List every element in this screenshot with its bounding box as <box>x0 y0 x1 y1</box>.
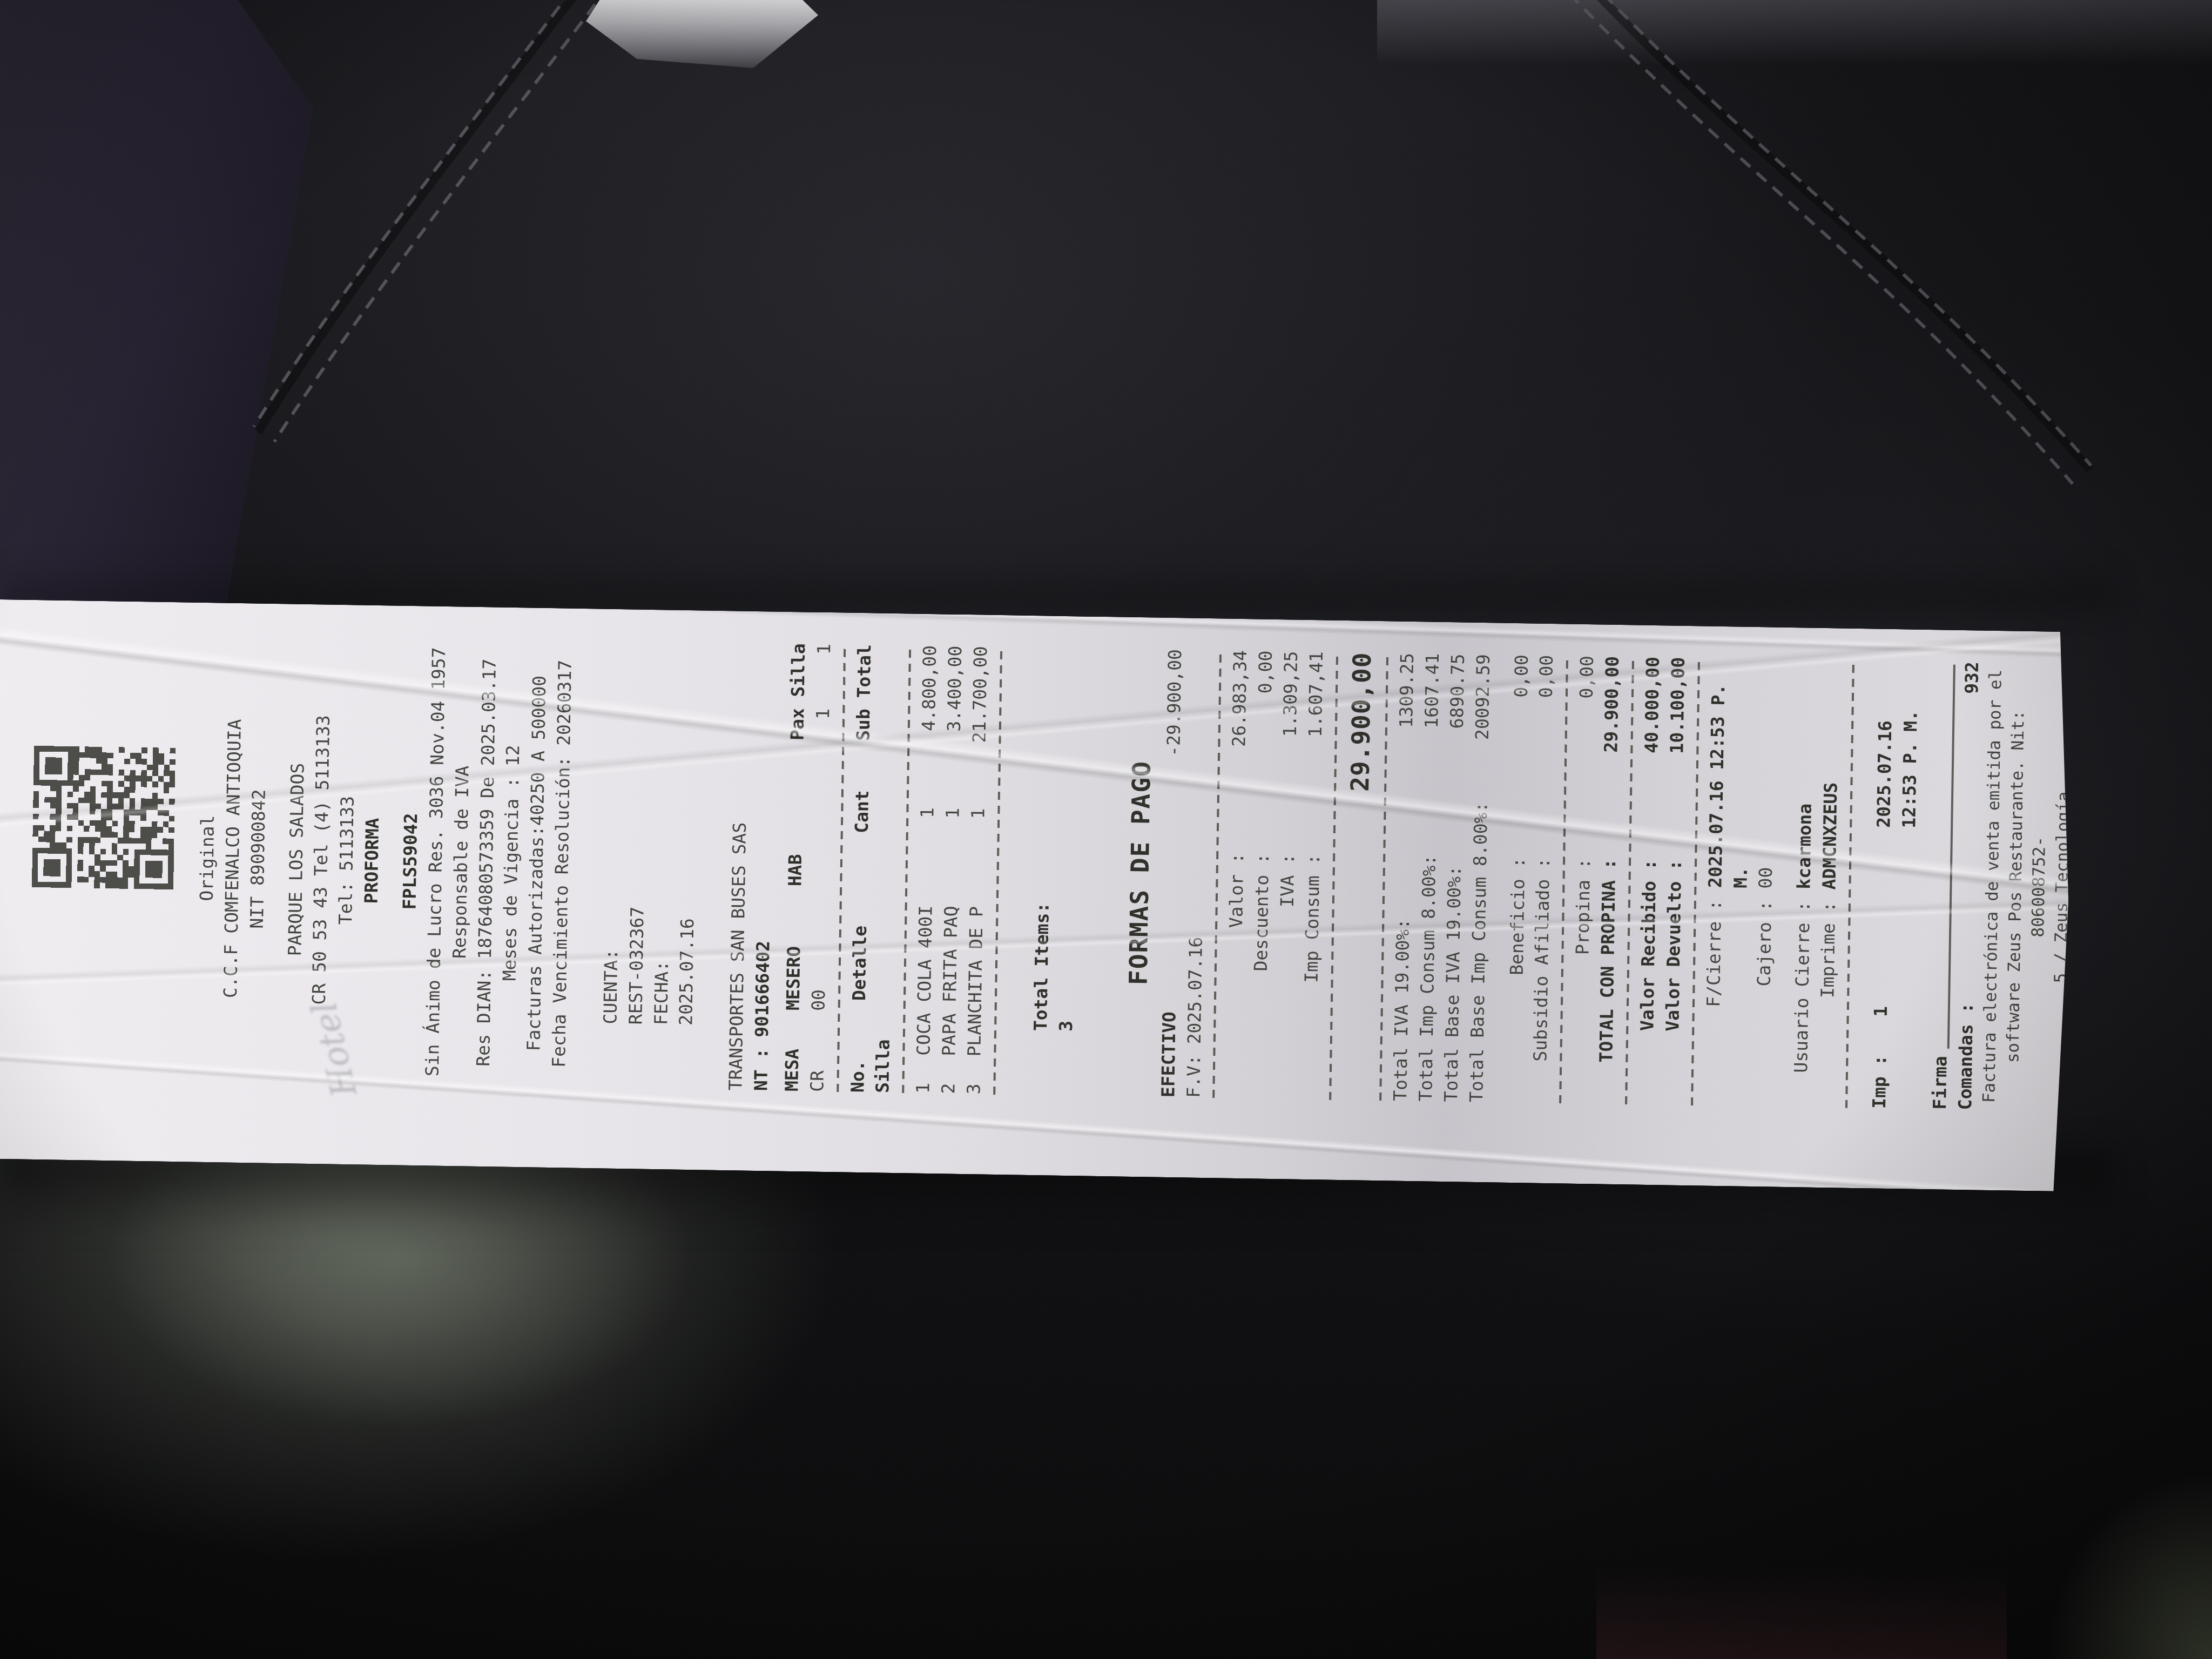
closing-row: F/Cierre : 2025.07.16 12:53 P. M. <box>1700 658 1757 1107</box>
date-label: FECHA: <box>650 961 672 1026</box>
divider <box>993 646 1002 1095</box>
valor-devuelto-value: 10.100,00 <box>1663 657 1691 854</box>
summary-label: Descuento : <box>1246 848 1276 1099</box>
print-line: Imp : 1 2025.07.16 12:53 P. M. <box>1867 660 1925 1109</box>
imp-label: Imp : <box>1867 1016 1919 1109</box>
imp-datetime: 2025.07.16 12:53 P. M. <box>1870 660 1925 947</box>
silla-value: 1 <box>811 644 837 709</box>
total-items-value: 3 <box>1055 1021 1076 1031</box>
tax-value: 20092.59 <box>1469 654 1496 740</box>
summary-value: 0,00 <box>1251 650 1279 848</box>
detalle-header: Detalle <box>847 839 900 1001</box>
imp-value: 1 <box>1869 946 1920 1017</box>
item-no: 2 <box>936 1056 962 1094</box>
mesa-value: CR <box>805 1010 831 1092</box>
total-items-line: Total Items: 3 <box>1002 646 1110 1096</box>
fcierre-label: F/Cierre : <box>1700 900 1754 1107</box>
tax-value: 6890.75 <box>1445 653 1471 729</box>
divider <box>1625 656 1634 1104</box>
account-line: CUENTA: REST-032367 FECHA: 2025.07.16 <box>571 640 730 1090</box>
item-no: 1 <box>911 1056 937 1094</box>
item-cant: 1 <box>915 786 941 840</box>
item-detalle: PLANCHITA DE P <box>962 840 990 1057</box>
hab-header: HAB <box>783 800 809 887</box>
item-subtotal: 21.700,00 <box>966 646 994 787</box>
summary-value: 26.983,34 <box>1225 650 1254 848</box>
account-value: REST-032367 <box>625 906 648 1024</box>
usuario-cierre-value: kcarmona <box>1792 659 1821 889</box>
corner-object-maroon <box>1596 1567 2007 1659</box>
usuario-cierre-label: Usuario Cierre : <box>1788 901 1817 1107</box>
tax-value: 1607.41 <box>1419 653 1446 729</box>
hab-value <box>808 800 834 887</box>
no-silla-header: No. Silla <box>845 1001 897 1093</box>
divider <box>1329 652 1338 1100</box>
divider <box>1213 650 1222 1098</box>
summary-label: IVA : <box>1272 848 1301 1099</box>
valor-recibido-value: 40.000,00 <box>1637 657 1666 854</box>
tax-label: Total Base IVA 19.00%: <box>1439 866 1468 1102</box>
item-detalle: PAPA FRITA PAQ <box>937 840 966 1056</box>
imprime-label: Imprime : <box>1813 901 1842 1108</box>
benefit-value: 0,00 <box>1532 655 1560 853</box>
summary-label: Imp Consum : <box>1297 848 1326 1100</box>
divider <box>1379 652 1388 1101</box>
fcierre-value: 2025.07.16 12:53 P. M. <box>1703 658 1757 889</box>
item-subtotal: 3.400,00 <box>941 645 968 786</box>
item-cant: 1 <box>940 786 966 840</box>
comandas-value: 932 <box>1959 662 1985 694</box>
payment-amount: -29.900,00 <box>1161 649 1188 757</box>
date-value: 2025.07.16 <box>676 918 698 1026</box>
footer-line: software Zeus Pos Restaurante. Nit: 8060… <box>2001 662 2054 1111</box>
item-subtotal: 4.800,00 <box>916 645 943 786</box>
mesero-value: 00 <box>806 886 833 1011</box>
summary-value: 1.607,41 <box>1301 651 1330 849</box>
cant-header: Cant <box>849 785 900 839</box>
item-cant: 1 <box>966 786 992 841</box>
valor-devuelto-label: Valor Devuelto : <box>1659 854 1688 1105</box>
firma-label: Firma <box>1927 1056 1953 1110</box>
total-con-propina-label: TOTAL CON PROPINA : <box>1593 853 1622 1104</box>
divider <box>902 645 912 1093</box>
divider <box>1845 660 1854 1108</box>
divider <box>837 644 846 1092</box>
grand-total: 29.900,00 <box>1338 652 1380 1101</box>
items-header-row: No. Silla Detalle Cant Sub Total <box>845 644 903 1093</box>
payment-title: FORMAS DE PAGO <box>1120 649 1162 1097</box>
tax-label: Total IVA 19.00%: <box>1388 919 1416 1101</box>
pax-header: Pax <box>784 708 811 800</box>
cajero-value: 00 <box>1754 658 1783 889</box>
benefit-label: Beneficio : <box>1502 852 1532 1103</box>
qr-code <box>21 734 187 901</box>
mesero-header: MESERO <box>781 886 808 1011</box>
benefit-label: Subsidio Afiliado : <box>1528 852 1557 1103</box>
total-con-propina-value: 29.900,00 <box>1597 656 1626 853</box>
tax-label: Total Imp Consum 8.00%: <box>1413 854 1442 1102</box>
tip-value: 0,00 <box>1572 656 1601 853</box>
divider <box>1559 656 1568 1104</box>
photo-of-receipt-on-car-seat: { "colors":{"paper":"#eae7ec","ink":"#3f… <box>0 0 2212 1659</box>
comandas-label: Comandas : <box>1953 1002 1980 1110</box>
divider <box>1691 657 1700 1105</box>
imprime-value: ADMCNXZEUS <box>1817 659 1846 890</box>
pax-value: 1 <box>809 709 836 801</box>
item-no: 3 <box>961 1056 987 1095</box>
silla-header: Silla <box>785 643 812 709</box>
account-label: CUENTA: <box>599 949 622 1024</box>
payment-method: EFECTIVO <box>1156 1011 1182 1098</box>
item-detalle: COCA COLA 400I <box>912 840 940 1056</box>
valor-recibido-label: Valor Recibido : <box>1634 854 1663 1105</box>
summary-value: 1.309,25 <box>1276 651 1305 848</box>
mesa-header: MESA <box>779 1010 806 1092</box>
total-items-label: Total Items: <box>1030 902 1053 1031</box>
cajero-label: Cajero : <box>1750 900 1778 1107</box>
corner-object-olive <box>2050 1475 2212 1659</box>
receipt-paper: Hotel Original C.C.F COMFENALCO ANTIOQUI… <box>0 599 2073 1191</box>
receipt-top-shadow <box>0 562 2117 610</box>
benefit-value: 0,00 <box>1506 655 1535 852</box>
subtotal-header: Sub Total <box>850 644 903 785</box>
summary-label: Valor : <box>1222 847 1251 1098</box>
tax-value: 1309.25 <box>1394 653 1420 729</box>
receipt-content: Original C.C.F COMFENALCO ANTIOQUIA NIT … <box>0 599 2073 1191</box>
tip-label: Propina : <box>1568 853 1597 1104</box>
